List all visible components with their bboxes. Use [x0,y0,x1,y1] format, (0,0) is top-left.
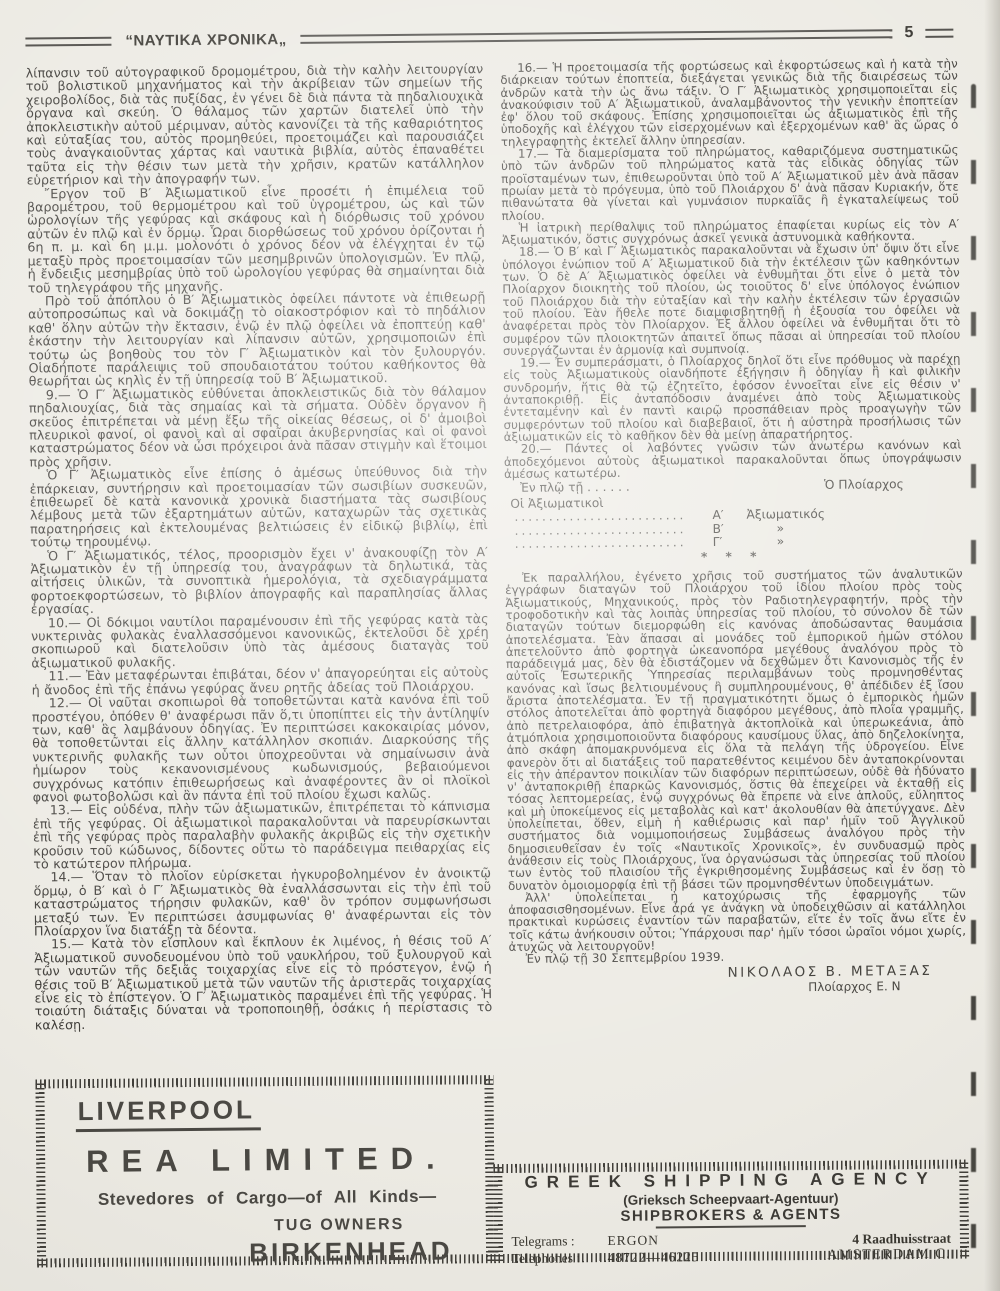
page-header: “ΝΑΥΤΙΚΑ ΧΡΟΝΙΚΑ„ 5 [25,24,953,51]
address-city: AMSTERDAM C. [827,1247,951,1264]
liverpool-rea-ad: LIVERPOOL REA LIMITED. Stevedores of Car… [35,1075,494,1267]
captain-signature-label: Ὁ Πλοίαρχος [824,478,904,492]
ad-tug-owners-line: TUG OWNERS [69,1216,405,1237]
ad-company-name: REA LIMITED. [68,1140,466,1180]
ad-underline-rule [656,1225,806,1228]
author-title: Πλοίαρχος Ε. Ν [509,979,901,997]
body-paragraph: ῎Εργον τοῦ Β′ Ἀξιωματικοῦ εἶνε προσέτι ἡ… [27,183,486,295]
ad-address: 4 Raadhuisstraat AMSTERDAM C. [827,1231,951,1264]
page-number: 5 [902,24,915,42]
officer-rank: Α′ [712,509,736,523]
masthead-rule-main [301,29,893,44]
page-number-rule [925,28,953,37]
magazine-page: “ΝΑΥΤΙΚΑ ΧΡΟΝΙΚΑ„ 5 λίπανσιν τοῦ αὐτογρα… [0,0,1000,1291]
masthead-rule-left [25,36,111,46]
telephones-label: Telephones : [512,1250,600,1267]
signature-dateline: Ἐν πλῷ τῇ . . . . . . [520,481,630,496]
signature-dots: .......................... [515,536,683,551]
body-paragraph: Ἐκ παραλλήλου, ἐγένετο χρῆσις τοῦ συστήμ… [505,568,966,892]
left-column: λίπανσιν τοῦ αὐτογραφικοῦ δρομομέτρου, δ… [26,62,495,1267]
body-paragraph: 14.— Ὅταν τὸ πλοῖον εὑρίσκεται ἠγκυροβολ… [33,866,491,937]
telegrams-label: Telegrams : [511,1233,599,1250]
officer-title: Ἀξιωματικός [746,508,825,522]
section-separator-stars: * * * [701,548,963,564]
liverpool-ad-content: LIVERPOOL REA LIMITED. Stevedores of Car… [35,1075,494,1280]
page-edge-shadow [984,0,1000,1291]
body-paragraph: Ὁ Γ′ Ἀξιωματικὸς εἶνε ἐπίσης ὁ ἀμέσως ὑπ… [30,464,488,549]
ad-city-name: LIVERPOOL [76,1094,262,1132]
body-paragraph: Ὁ Γ′ Ἀξιωματικός, τέλος, προορισμὸν ἔχει… [30,545,488,616]
binding-shadow [971,84,976,1271]
ad-agency-name: GREEK SHIPPING AGENCY [511,1169,951,1193]
article-columns: λίπανσιν τοῦ αὐτογραφικοῦ δρομομέτρου, δ… [26,58,969,1268]
body-paragraph: 12.— Οἱ ναῦται σκοπιωροὶ θὰ τοποθετῶνται… [32,692,491,804]
ad-location-line: BIRKENHEAD [69,1235,453,1270]
body-paragraph: 20.— Πάντες οἱ λαβόντες γνῶσιν τῶν ἀνωτέ… [504,439,962,480]
ad-contact-info: Telegrams :ERGON Telephones :48722—46225 [511,1231,699,1267]
body-paragraph: 13.— Εἰς οὐδένα, πλὴν τῶν ἀξιωματικῶν, ἐ… [33,799,491,870]
ad-contact-row: Telegrams :ERGON Telephones :48722—46225… [511,1229,951,1267]
ad-services-line: Stevedores of Cargo—of All Kinds— [68,1186,466,1210]
officer-rank: Β′ [713,522,737,536]
telegrams-line: Telegrams :ERGON [511,1232,699,1250]
address-street: 4 Raadhuisstraat [827,1231,951,1248]
body-paragraph: 15.— Κατὰ τὸν εἴσπλουν καὶ ἔκπλουν ἐκ λι… [34,934,492,1032]
officer-rank: Γ′ [713,536,737,550]
scanned-content: “ΝΑΥΤΙΚΑ ΧΡΟΝΙΚΑ„ 5 λίπανσιν τοῦ αὐτογρα… [0,0,1000,1291]
ad-agency-role: SHIPBROKERS & AGENTS [511,1205,951,1226]
body-paragraph: 16.— Ἡ προετοιμασία τῆς φορτώσεως καὶ ἐκ… [500,58,958,148]
body-paragraph: λίπανσιν τοῦ αὐτογραφικοῦ δρομομέτρου, δ… [26,62,485,187]
body-paragraph: 17.— Τὰ διαμερίσματα τοῦ πληρώματος, καθ… [501,144,959,222]
greek-shipping-agency-ad: GREEK SHIPPING AGENCY (Grieksch Scheepva… [493,1160,969,1264]
gsa-ad-content: GREEK SHIPPING AGENCY (Grieksch Scheepva… [493,1160,970,1273]
body-paragraph: 18.— Ὁ Β′ καὶ Γ′ Ἀξιωματικὸς παρακαλοῦντ… [502,242,961,357]
masthead-title: “ΝΑΥΤΙΚΑ ΧΡΟΝΙΚΑ„ [121,30,290,49]
signature-block: Ἐν πλῷ τῇ . . . . . . Ὁ Πλοίαρχος Οἱ Ἀξι… [504,478,962,569]
body-paragraph: 9.— Ὁ Γ′ Ἀξιωματικὸς εὐθύνεται ἀποκλειστ… [29,384,487,469]
body-paragraph: Πρὸ τοῦ ἀπόπλου ὁ Β′ Ἀξιωματικὸς ὀφείλει… [28,290,486,388]
body-paragraph: 19.— Ἐν συμπεράσματι, ὁ Πλοίαρχος δηλοῖ … [503,353,961,443]
telephones-value: 48722—46225 [608,1249,700,1265]
body-paragraph: 10.— Οἱ δόκιμοι ναυτίλοι παραμένουσιν ἐπ… [31,612,489,670]
telegrams-value: ERGON [607,1233,659,1248]
telephones-line: Telephones :48722—46225 [512,1249,700,1267]
body-paragraph: Ἀλλ' ὑπολείπεται ἡ κατοχύρωσις τῆς ἐφαρμ… [508,887,966,953]
officer-title: » [747,535,785,549]
right-column: 16.— Ἡ προετοιμασία τῆς φορτώσεως καὶ ἐκ… [500,58,969,1263]
